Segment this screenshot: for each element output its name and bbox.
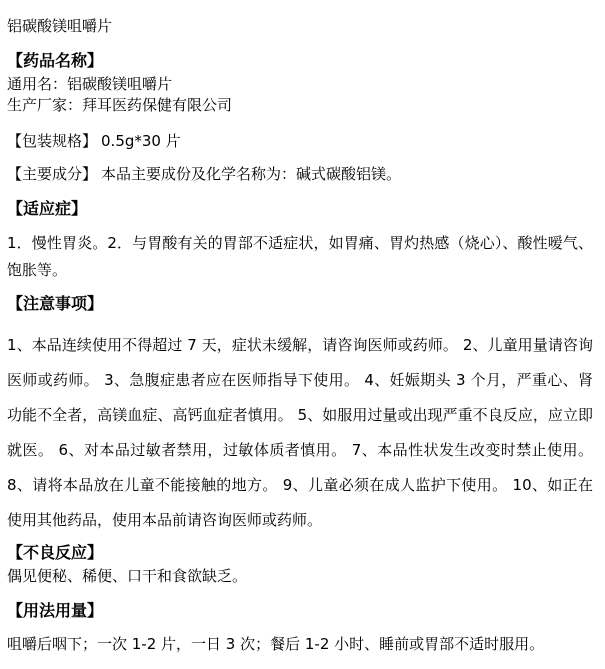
manufacturer-line: 生产厂家：拜耳医药保健有限公司 xyxy=(7,95,593,116)
precautions-body: 1、本品连续使用不得超过 7 天，症状未缓解，请咨询医师或药师。 2、儿童用量请… xyxy=(7,328,593,538)
indications-heading: 【适应症】 xyxy=(7,200,593,218)
package-spec-value: 0.5g*30 片 xyxy=(101,132,181,150)
section-dosage: 【用法用量】 咀嚼后咽下；一次 1-2 片，一日 3 次；餐后 1-2 小时、睡… xyxy=(7,602,593,655)
document-title: 铝碳酸镁咀嚼片 xyxy=(7,16,593,36)
section-main-ingredients: 【主要成分】本品主要成份及化学名称为：碱式碳酸铝镁。 xyxy=(7,165,593,183)
adverse-reactions-body: 偶见便秘、稀便、口干和食欲缺乏。 xyxy=(7,566,593,587)
section-indications: 【适应症】 1．慢性胃炎。2．与胃酸有关的胃部不适症状，如胃痛、胃灼热感（烧心）… xyxy=(7,200,593,284)
generic-name-line: 通用名：铝碳酸镁咀嚼片 xyxy=(7,74,593,95)
section-adverse-reactions: 【不良反应】 偶见便秘、稀便、口干和食欲缺乏。 xyxy=(7,544,593,587)
main-ingredients-value: 本品主要成份及化学名称为：碱式碳酸铝镁。 xyxy=(101,165,401,183)
indications-body: 1．慢性胃炎。2．与胃酸有关的胃部不适症状，如胃痛、胃灼热感（烧心）、酸性嗳气、… xyxy=(7,230,593,284)
drug-leaflet: 铝碳酸镁咀嚼片 【药品名称】 通用名：铝碳酸镁咀嚼片 生产厂家：拜耳医药保健有限… xyxy=(0,0,605,669)
section-precautions: 【注意事项】 1、本品连续使用不得超过 7 天，症状未缓解，请咨询医师或药师。 … xyxy=(7,295,593,538)
dosage-heading: 【用法用量】 xyxy=(7,602,593,620)
package-spec-heading: 【包装规格】 xyxy=(7,132,97,150)
main-ingredients-heading: 【主要成分】 xyxy=(7,165,97,183)
adverse-reactions-heading: 【不良反应】 xyxy=(7,544,593,562)
section-package-spec: 【包装规格】0.5g*30 片 xyxy=(7,132,593,150)
dosage-body: 咀嚼后咽下；一次 1-2 片，一日 3 次；餐后 1-2 小时、睡前或胃部不适时… xyxy=(7,634,593,655)
precautions-heading: 【注意事项】 xyxy=(7,295,593,313)
section-drug-name: 【药品名称】 通用名：铝碳酸镁咀嚼片 生产厂家：拜耳医药保健有限公司 xyxy=(7,52,593,116)
drug-name-heading: 【药品名称】 xyxy=(7,52,593,70)
